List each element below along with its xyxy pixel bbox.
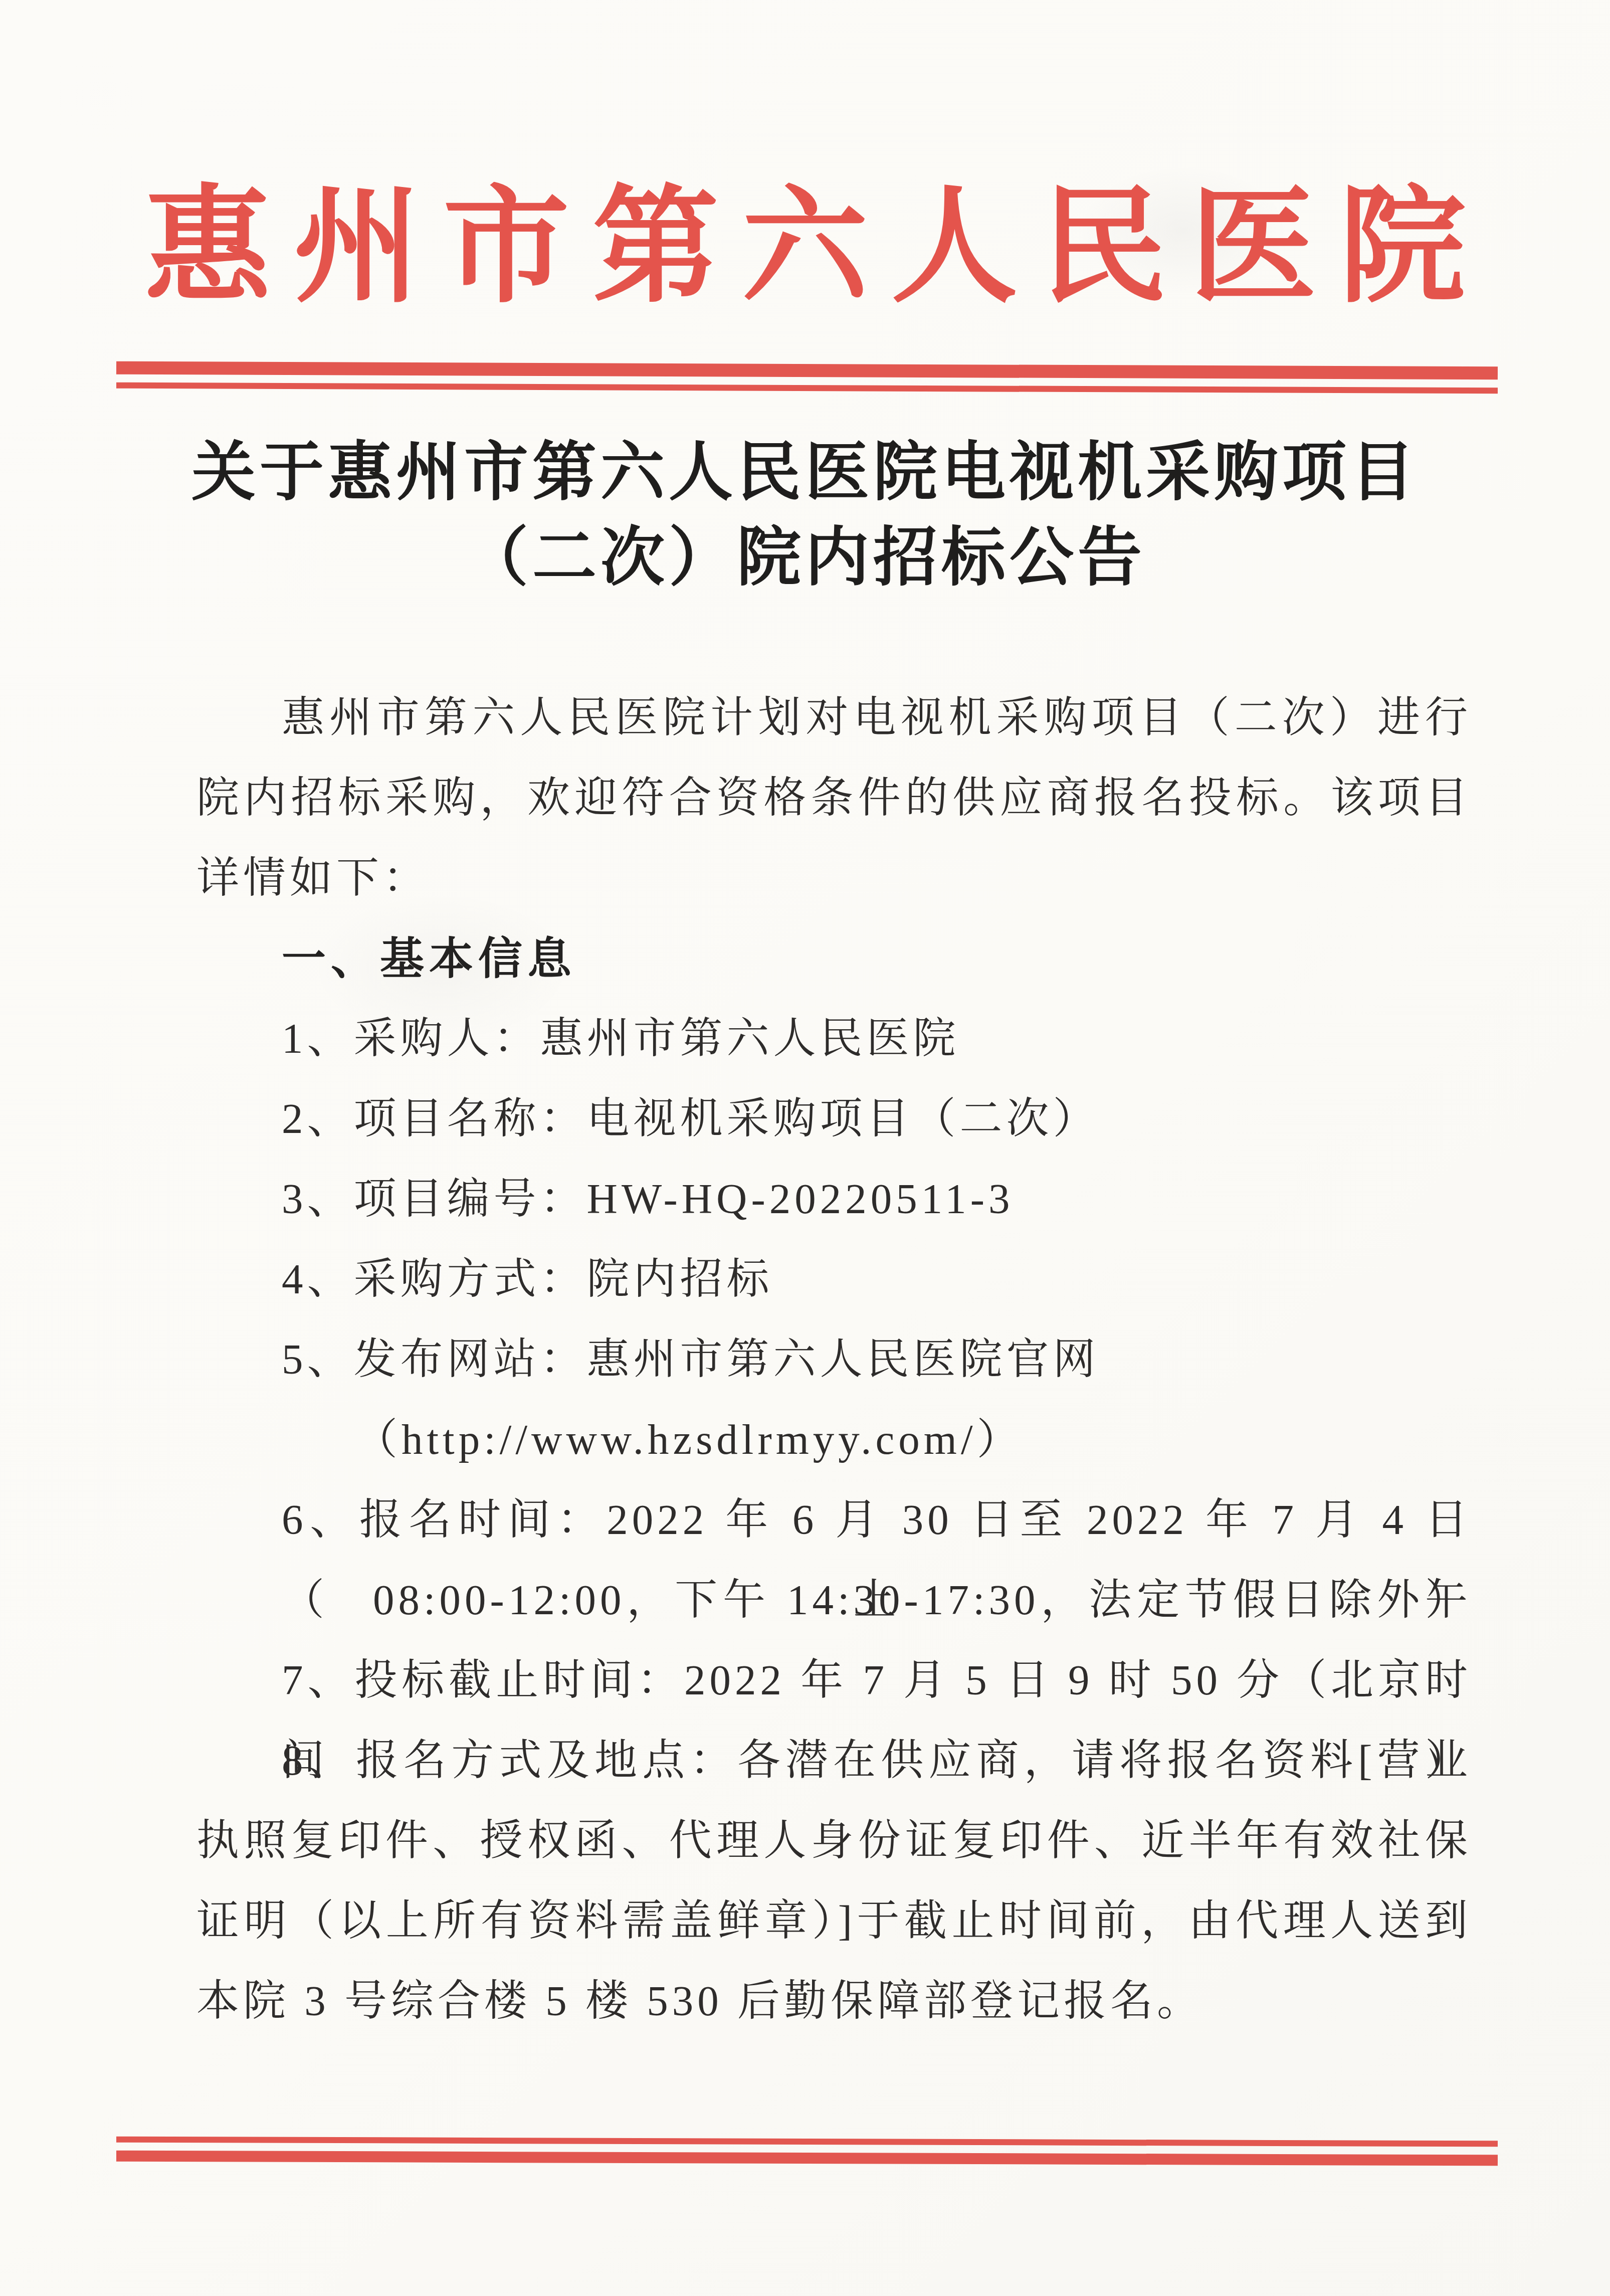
item-registration-time-continued: 08:00-12:00，下午 14:30-17:30，法定节假日除外） — [196, 1560, 1472, 1640]
item-project-number: 3、项目编号：HW-HQ-20220511-3 — [196, 1159, 1472, 1239]
item-registration-method-continued-1: 执照复印件、授权函、代理人身份证复印件、近半年有效社保 — [196, 1801, 1472, 1881]
item-registration-method-continued-2: 证明（以上所有资料需盖鲜章）]于截止时间前，由代理人送到 — [196, 1881, 1472, 1961]
item-website-url: （http://www.hzsdlrmyy.com/） — [196, 1400, 1472, 1480]
item-registration-method-continued-3: 本院 3 号综合楼 5 楼 530 后勤保障部登记报名。 — [196, 1961, 1472, 2041]
item-procurement-method: 4、采购方式：院内招标 — [196, 1239, 1472, 1319]
document-title: 关于惠州市第六人民医院电视机采购项目 （二次）院内招标公告 — [0, 430, 1610, 601]
document-body: 惠州市第六人民医院计划对电视机采购项目（二次）进行 院内招标采购，欢迎符合资格条… — [196, 678, 1472, 2041]
footer-rule-thin — [116, 2137, 1498, 2147]
item-registration-method: 8、报名方式及地点：各潜在供应商，请将报名资料[营业 — [196, 1720, 1472, 1801]
intro-line-3: 详情如下： — [196, 838, 1472, 918]
document-title-line-2: （二次）院内招标公告 — [0, 515, 1610, 601]
letterhead-rule-thin — [116, 382, 1498, 394]
section-heading-basic-info: 一、基本信息 — [196, 918, 1472, 999]
item-registration-time: 6、报名时间：2022 年 6 月 30 日至 2022 年 7 月 4 日（上… — [196, 1480, 1472, 1560]
document-title-line-1: 关于惠州市第六人民医院电视机采购项目 — [0, 430, 1610, 515]
item-purchaser: 1、采购人：惠州市第六人民医院 — [196, 999, 1472, 1079]
intro-line-2: 院内招标采购，欢迎符合资格条件的供应商报名投标。该项目 — [196, 758, 1472, 838]
item-publish-website: 5、发布网站：惠州市第六人民医院官网 — [196, 1319, 1472, 1400]
letterhead-rule-thick — [116, 361, 1498, 380]
letterhead-hospital-name: 惠州市第六人民医院 — [0, 184, 1610, 311]
footer-rule-thick — [116, 2151, 1498, 2166]
item-project-name: 2、项目名称：电视机采购项目（二次） — [196, 1079, 1472, 1159]
intro-line-1: 惠州市第六人民医院计划对电视机采购项目（二次）进行 — [196, 678, 1472, 758]
item-bid-deadline: 7、投标截止时间：2022 年 7 月 5 日 9 时 50 分（北京时间） — [196, 1640, 1472, 1720]
scanned-document-page: 惠州市第六人民医院 关于惠州市第六人民医院电视机采购项目 （二次）院内招标公告 … — [0, 0, 1610, 2296]
